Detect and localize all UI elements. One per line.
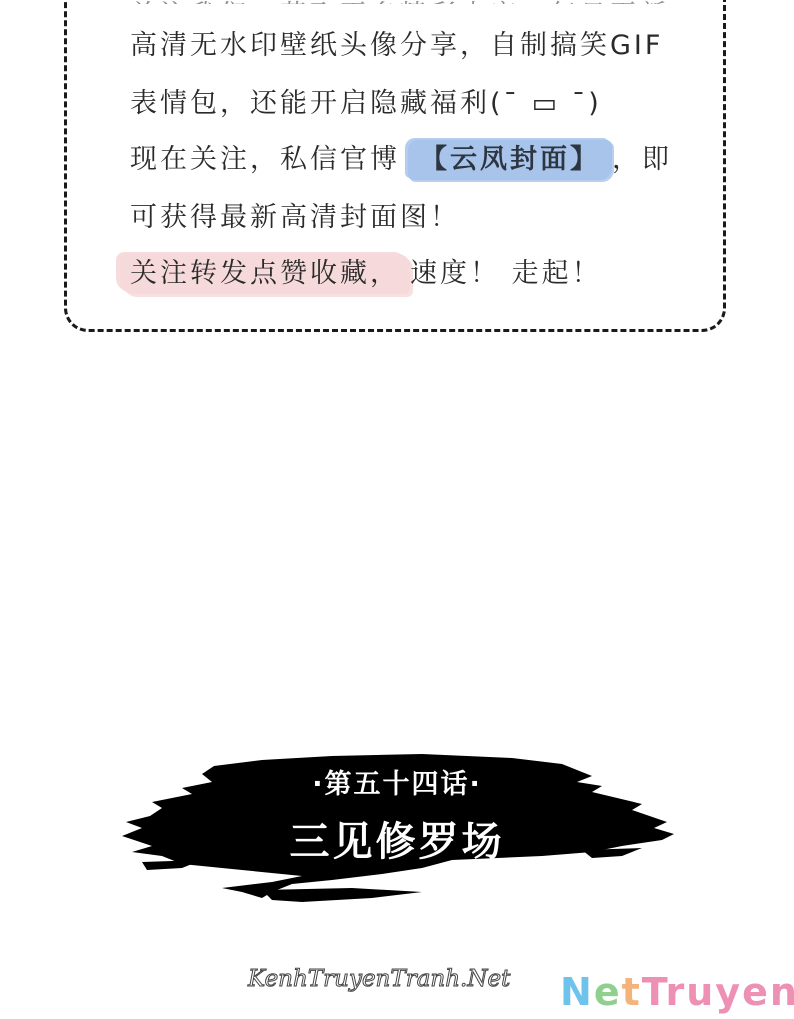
notice-line-5-suffix: 速度！ 走起！	[410, 258, 602, 289]
weibo-keyword-highlight: 【云凤封面】	[408, 140, 612, 180]
chapter-number: ·第五十四话·	[0, 762, 794, 801]
notice-line-5: 关注转发点赞收藏，速度！ 走起！	[130, 254, 602, 294]
notice-line-3: 现在关注，私信官博【云凤封面】，即	[130, 140, 672, 180]
notice-line-4: 可获得最新高清封面图！	[130, 198, 460, 238]
nettruyen-logo: NetTruyen	[560, 970, 794, 1014]
kenhtruyentranh-watermark: KenhTruyenTranh.Net	[248, 966, 510, 992]
logo-letter-n: N	[560, 970, 594, 1014]
logo-letter-e: e	[594, 970, 622, 1014]
logo-letter-t: t	[622, 970, 642, 1014]
notice-line-1: 高清无水印壁纸头像分享，自制搞笑GIF	[130, 26, 663, 66]
logo-word-truyen: Truyen	[642, 970, 794, 1014]
notice-line-3-prefix: 现在关注，私信官博	[130, 144, 400, 175]
notice-line-3-suffix: ，即	[612, 144, 672, 175]
notice-partial-top-line: 关注我们，获取更多精彩内容，每日更新	[130, 0, 700, 4]
notice-line-2: 表情包，还能开启隐藏福利(¯ ▭ ¯)	[130, 84, 602, 124]
call-to-action-highlight: 关注转发点赞收藏，	[120, 254, 410, 294]
chapter-title: 三见修罗场	[0, 810, 794, 867]
